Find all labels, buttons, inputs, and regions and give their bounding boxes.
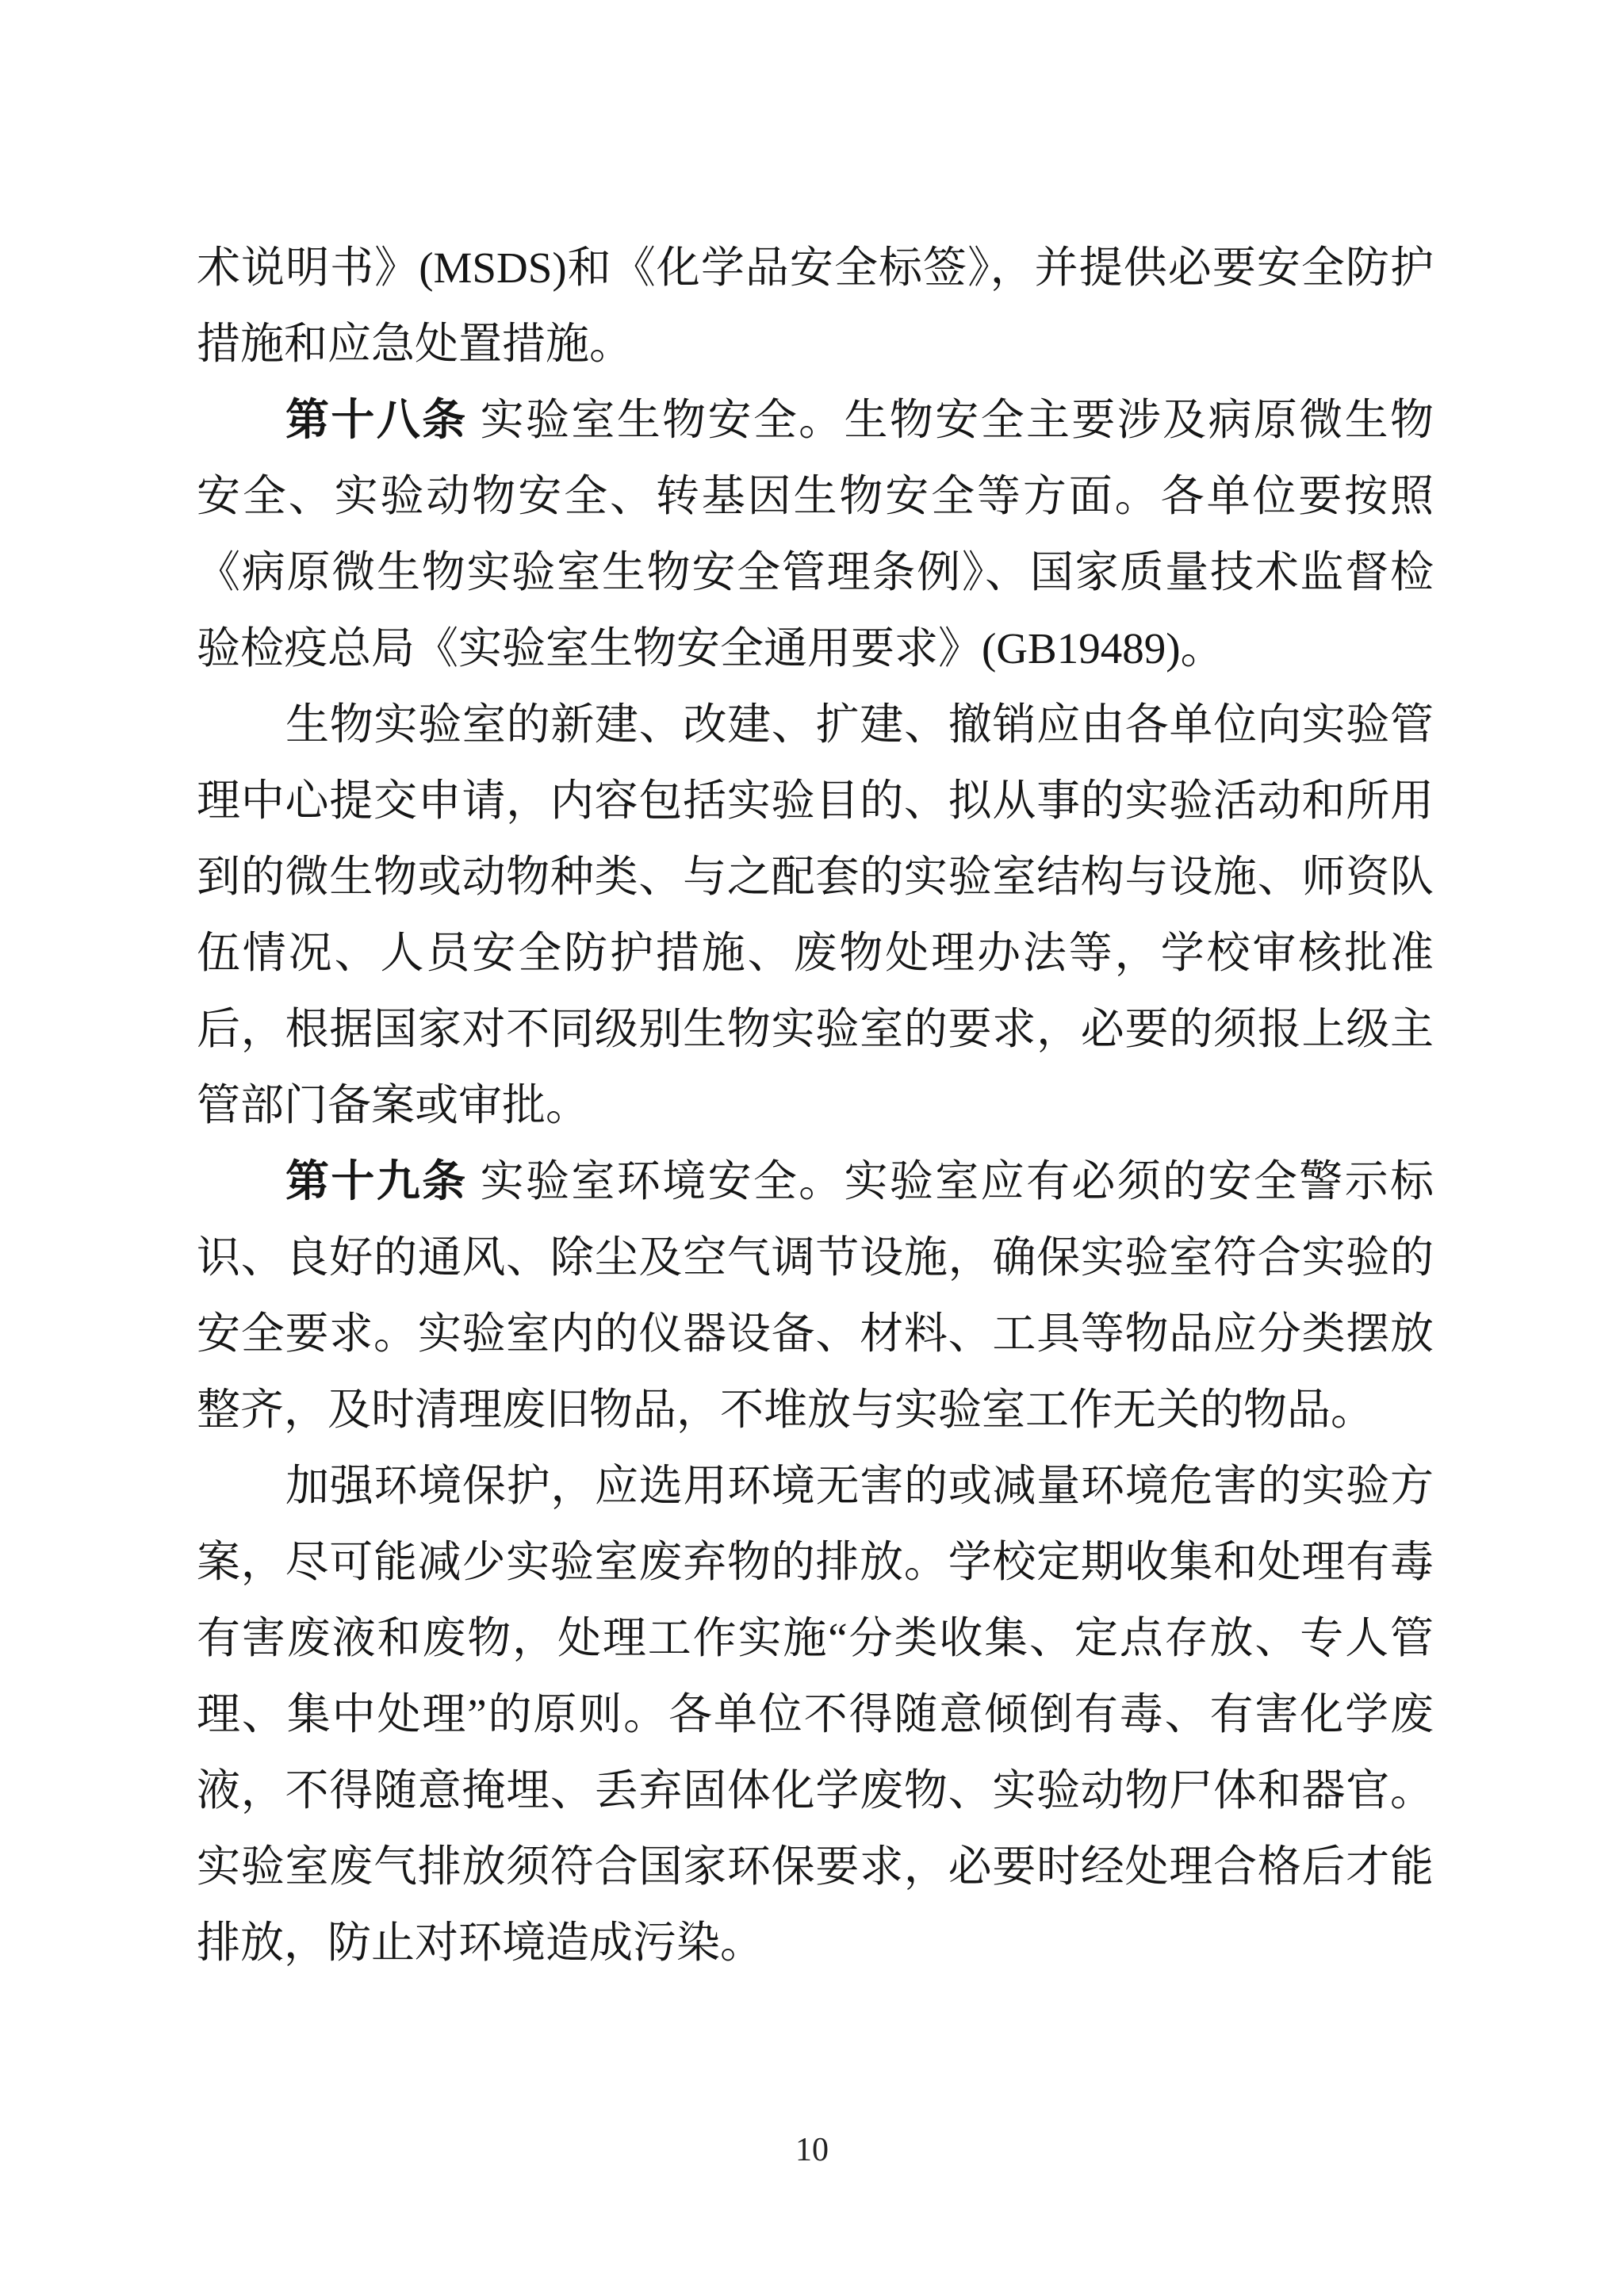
line-text: 理、集中处理”的原则。各单位不得随意倾倒有毒、有害化学废 bbox=[197, 1690, 1434, 1738]
article-number: 第十八条 bbox=[285, 396, 467, 444]
line-text: 术说明书》(MSDS)和《化学品安全标签》，并提供必要安全防护 bbox=[197, 243, 1434, 292]
text-line: 有害废液和废物，处理工作实施“分类收集、定点存放、专人管 bbox=[197, 1600, 1434, 1677]
text-line: 安全、实验动物安全、转基因生物安全等方面。各单位要按照 bbox=[197, 458, 1434, 535]
text-line: 理中心提交申请，内容包括实验目的、拟从事的实验活动和所用 bbox=[197, 763, 1434, 839]
line-text: 有害废液和废物，处理工作实施“分类收集、定点存放、专人管 bbox=[197, 1614, 1434, 1662]
line-text: 生物实验室的新建、改建、扩建、撤销应由各单位向实验管 bbox=[285, 700, 1434, 749]
article-number: 第十九条 bbox=[285, 1157, 467, 1205]
line-text: 理中心提交申请，内容包括实验目的、拟从事的实验活动和所用 bbox=[197, 776, 1434, 825]
line-text: 验检疫总局《实验室生物安全通用要求》(GB19489)。 bbox=[197, 624, 1224, 673]
text-line: 伍情况、人员安全防护措施、废物处理办法等，学校审核批准 bbox=[197, 915, 1434, 991]
text-line: 液，不得随意掩埋、丢弃固体化学废物、实验动物尸体和器官。 bbox=[197, 1753, 1434, 1829]
text-line: 排放，防止对环境造成污染。 bbox=[197, 1905, 1434, 1981]
line-text: 实验室生物安全。生物安全主要涉及病原微生物 bbox=[467, 396, 1434, 444]
page-number: 10 bbox=[0, 2130, 1624, 2170]
text-line: 验检疫总局《实验室生物安全通用要求》(GB19489)。 bbox=[197, 611, 1434, 687]
line-text: 识、良好的通风、除尘及空气调节设施，确保实验室符合实验的 bbox=[197, 1233, 1434, 1282]
line-text: 案，尽可能减少实验室废弃物的排放。学校定期收集和处理有毒 bbox=[197, 1538, 1434, 1586]
text-line: 第十九条 实验室环境安全。实验室应有必须的安全警示标 bbox=[197, 1144, 1434, 1220]
text-line: 理、集中处理”的原则。各单位不得随意倾倒有毒、有害化学废 bbox=[197, 1677, 1434, 1753]
line-text: 《病原微生物实验室生物安全管理条例》、国家质量技术监督检 bbox=[197, 548, 1434, 596]
text-line: 生物实验室的新建、改建、扩建、撤销应由各单位向实验管 bbox=[197, 687, 1434, 763]
text-line: 第十八条 实验室生物安全。生物安全主要涉及病原微生物 bbox=[197, 382, 1434, 458]
document-page: { "page": { "number": "10" }, "document"… bbox=[0, 0, 1624, 2296]
line-text: 整齐，及时清理废旧物品，不堆放与实验室工作无关的物品。 bbox=[197, 1386, 1374, 1434]
line-text: 伍情况、人员安全防护措施、废物处理办法等，学校审核批准 bbox=[197, 929, 1434, 977]
line-text: 实验室废气排放须符合国家环保要求，必要时经处理合格后才能 bbox=[197, 1842, 1434, 1891]
line-text: 加强环境保护，应选用环境无害的或减量环境危害的实验方 bbox=[285, 1462, 1434, 1510]
document-body: 术说明书》(MSDS)和《化学品安全标签》，并提供必要安全防护 措施和应急处置措… bbox=[197, 230, 1434, 1981]
text-line: 措施和应急处置措施。 bbox=[197, 306, 1434, 382]
text-line: 案，尽可能减少实验室废弃物的排放。学校定期收集和处理有毒 bbox=[197, 1524, 1434, 1600]
line-text: 到的微生物或动物种类、与之配套的实验室结构与设施、师资队 bbox=[197, 853, 1434, 901]
line-text: 安全、实验动物安全、转基因生物安全等方面。各单位要按照 bbox=[197, 472, 1434, 520]
text-line: 《病原微生物实验室生物安全管理条例》、国家质量技术监督检 bbox=[197, 535, 1434, 611]
text-line: 整齐，及时清理废旧物品，不堆放与实验室工作无关的物品。 bbox=[197, 1372, 1434, 1448]
line-text: 措施和应急处置措施。 bbox=[197, 320, 633, 368]
line-text: 液，不得随意掩埋、丢弃固体化学废物、实验动物尸体和器官。 bbox=[197, 1766, 1434, 1815]
text-line: 后，根据国家对不同级别生物实验室的要求，必要的须报上级主 bbox=[197, 991, 1434, 1068]
text-line: 加强环境保护，应选用环境无害的或减量环境危害的实验方 bbox=[197, 1448, 1434, 1524]
text-line: 到的微生物或动物种类、与之配套的实验室结构与设施、师资队 bbox=[197, 839, 1434, 915]
text-line: 识、良好的通风、除尘及空气调节设施，确保实验室符合实验的 bbox=[197, 1220, 1434, 1296]
line-text: 后，根据国家对不同级别生物实验室的要求，必要的须报上级主 bbox=[197, 1005, 1434, 1053]
line-text: 排放，防止对环境造成污染。 bbox=[197, 1918, 764, 1967]
line-text: 管部门备案或审批。 bbox=[197, 1081, 589, 1129]
line-text: 实验室环境安全。实验室应有必须的安全警示标 bbox=[467, 1157, 1434, 1205]
text-line: 实验室废气排放须符合国家环保要求，必要时经处理合格后才能 bbox=[197, 1829, 1434, 1905]
text-line: 安全要求。实验室内的仪器设备、材料、工具等物品应分类摆放 bbox=[197, 1296, 1434, 1372]
text-line: 管部门备案或审批。 bbox=[197, 1068, 1434, 1144]
line-text: 安全要求。实验室内的仪器设备、材料、工具等物品应分类摆放 bbox=[197, 1309, 1434, 1358]
text-line: 术说明书》(MSDS)和《化学品安全标签》，并提供必要安全防护 bbox=[197, 230, 1434, 306]
